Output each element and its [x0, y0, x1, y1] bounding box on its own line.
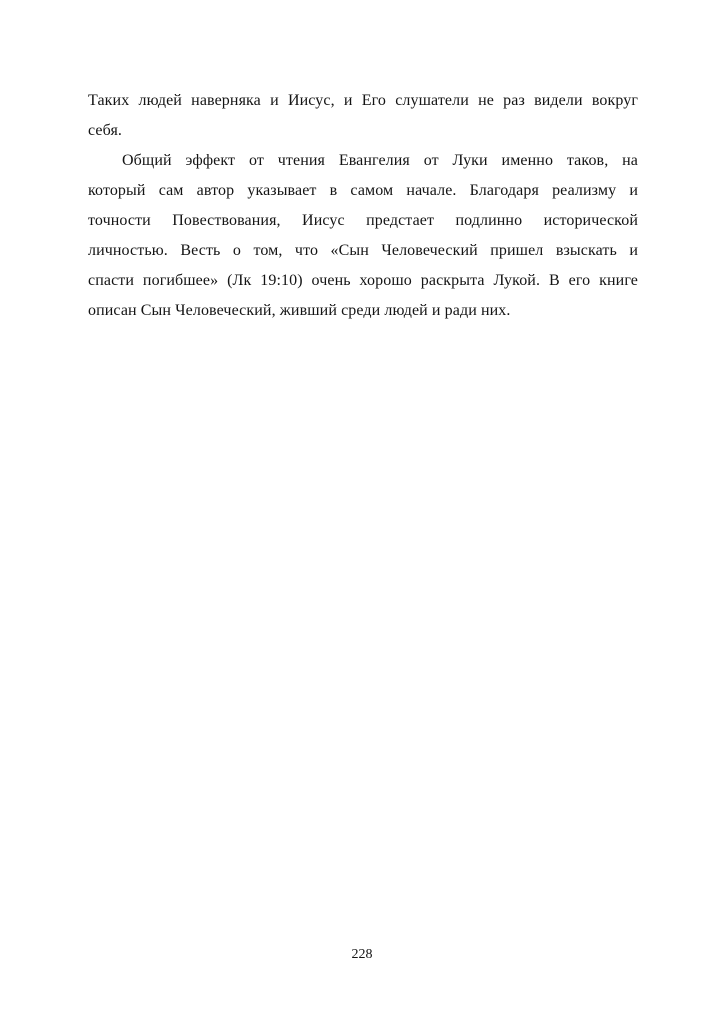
paragraph-continuation: Таких людей наверняка и Иисус, и Его слу… [88, 86, 638, 146]
paragraph-conclusion: Общий эффект от чтения Евангелия от Луки… [88, 146, 638, 326]
text-line: Таких людей наверняка и Иисус, и Его слу… [88, 86, 638, 116]
text-line: описан Сын Человеческий, живший среди лю… [88, 296, 638, 326]
text-line: который сам автор указывает в самом нача… [88, 176, 638, 206]
page-body: Таких людей наверняка и Иисус, и Его слу… [88, 86, 638, 326]
text-line: точности Повествования, Иисус предстает … [88, 206, 638, 236]
text-line: спасти погибшее» (Лк 19:10) очень хорошо… [88, 266, 638, 296]
text-line: себя. [88, 116, 638, 146]
text-line: Общий эффект от чтения Евангелия от Луки… [88, 146, 638, 176]
page-number: 228 [0, 946, 724, 964]
text-line: личностью. Весть о том, что «Сын Человеч… [88, 236, 638, 266]
document-page: Таких людей наверняка и Иисус, и Его слу… [0, 0, 724, 1024]
